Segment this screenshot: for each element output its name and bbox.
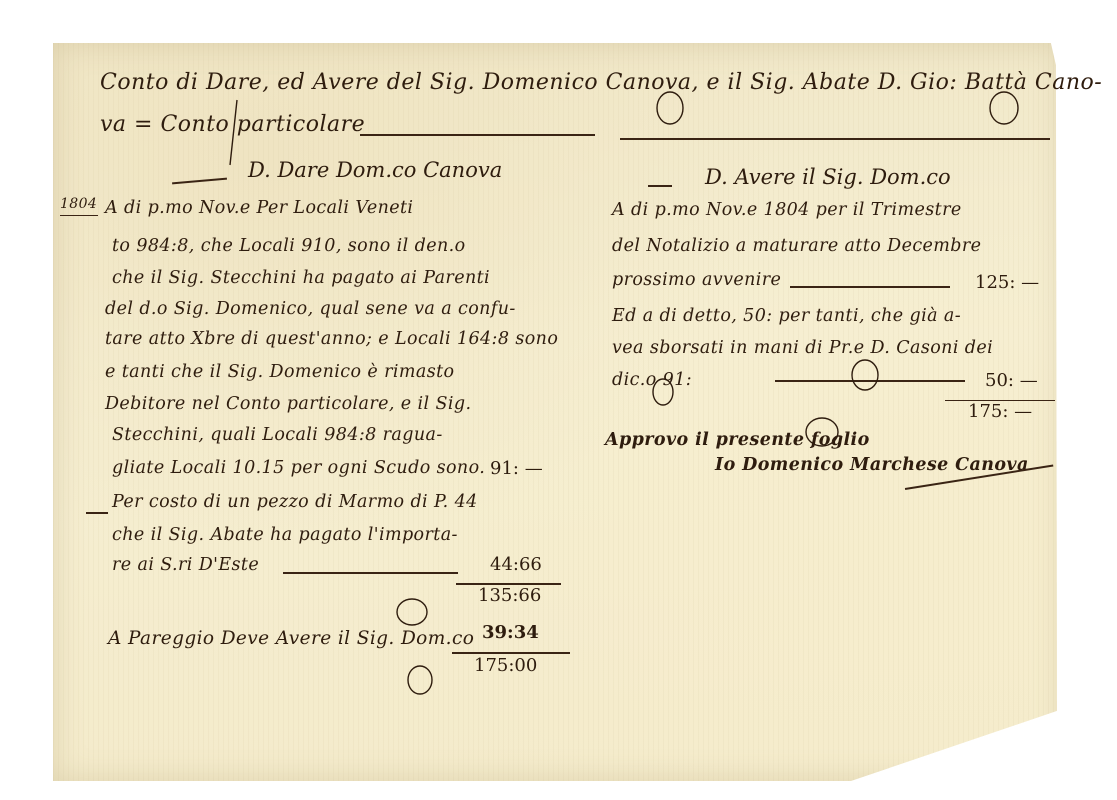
pen-flourishes-decor xyxy=(0,0,1117,800)
